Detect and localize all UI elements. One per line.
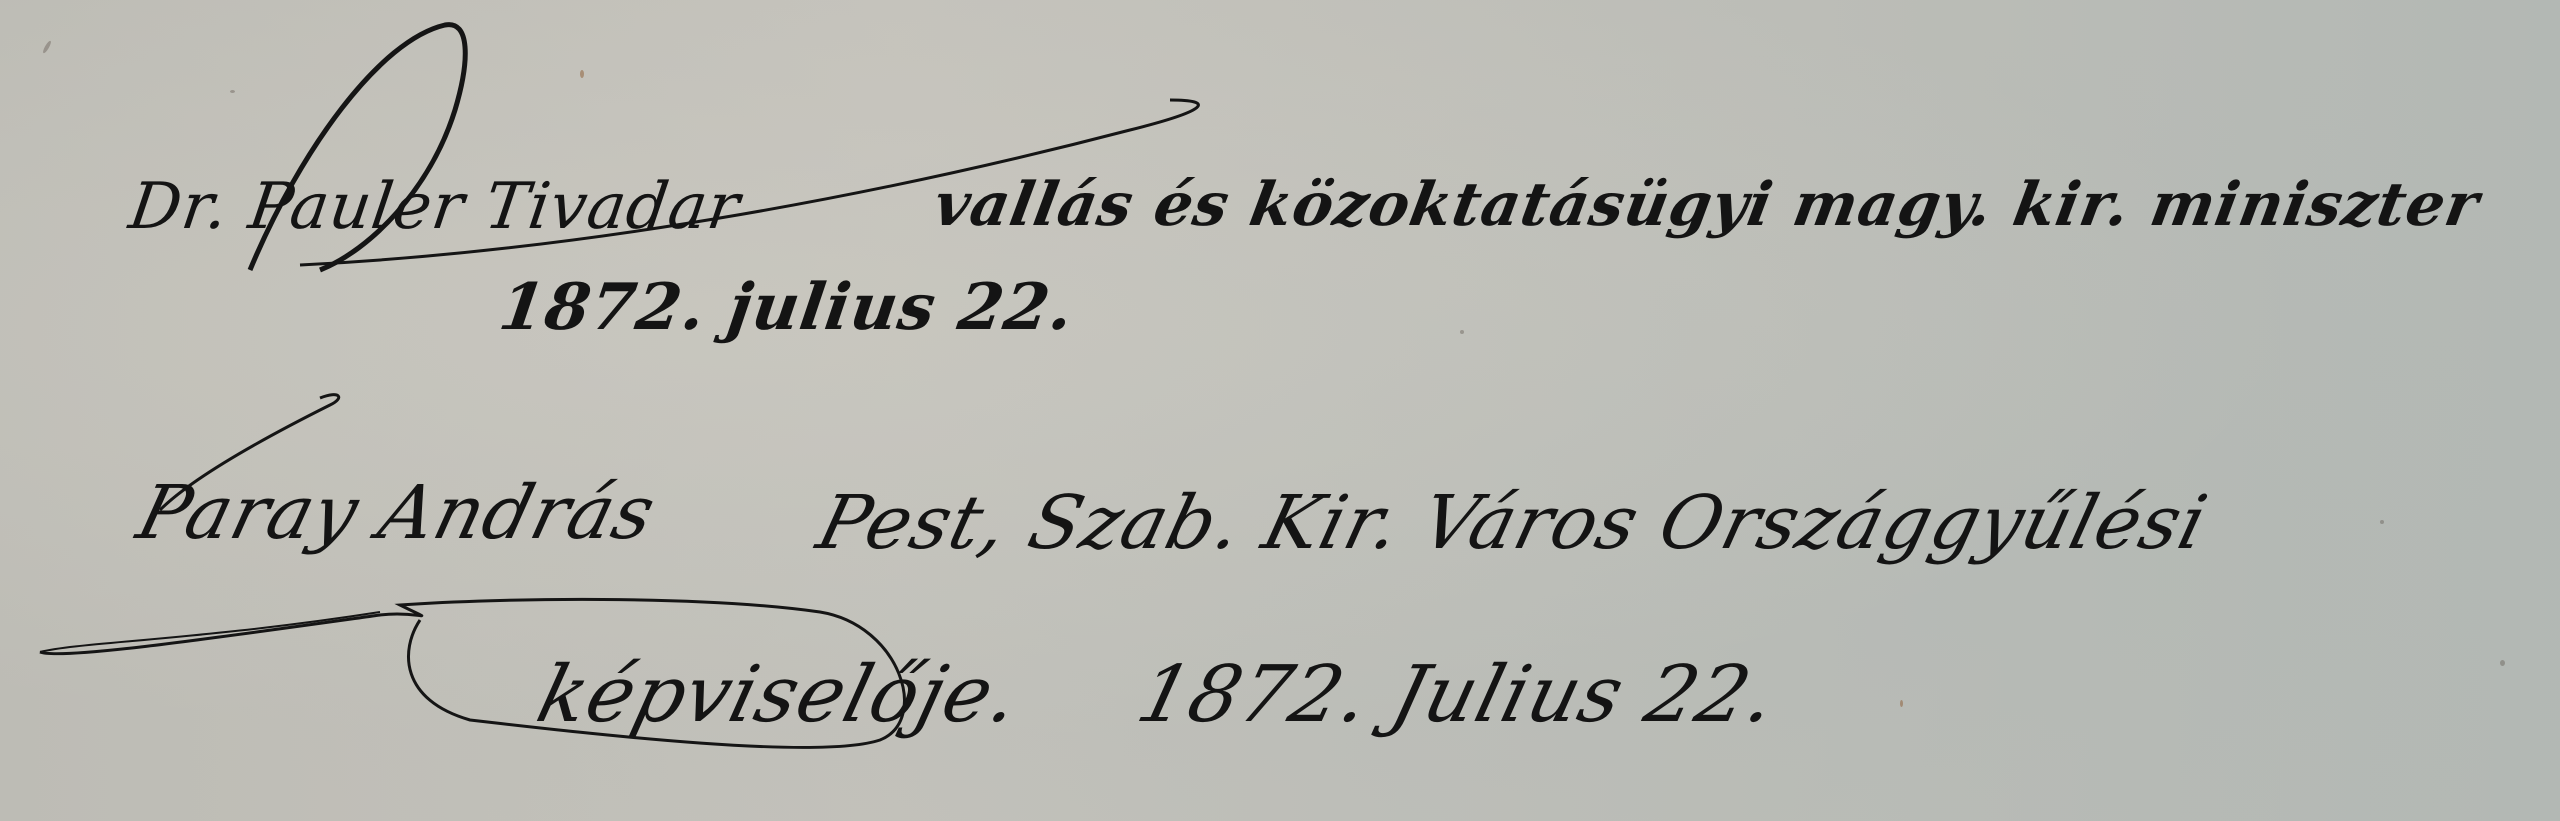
paper-speck bbox=[2500, 660, 2505, 666]
signature-name: Dr. Pauler Tivadar bbox=[125, 170, 745, 244]
document-page: Dr. Pauler Tivadar vallás és közoktatásü… bbox=[0, 0, 2560, 821]
paper-speck bbox=[42, 40, 52, 54]
paper-speck bbox=[580, 70, 584, 78]
signature-date: 1872. Julius 22. bbox=[1129, 650, 1786, 740]
signature-title-line2: képviselője. bbox=[529, 650, 1029, 740]
signature-title: Pest, Szab. Kir. Város Országgyűlési bbox=[809, 480, 2216, 566]
signature-title: vallás és közoktatásügyi magy. kir. mini… bbox=[929, 170, 2485, 240]
paper-speck bbox=[1460, 330, 1464, 334]
signature-date: 1872. julius 22. bbox=[495, 270, 1079, 345]
paper-speck bbox=[1900, 700, 1903, 707]
signature-name: Paray András bbox=[129, 470, 664, 556]
paper-speck bbox=[230, 90, 235, 93]
paper-speck bbox=[2380, 520, 2384, 524]
